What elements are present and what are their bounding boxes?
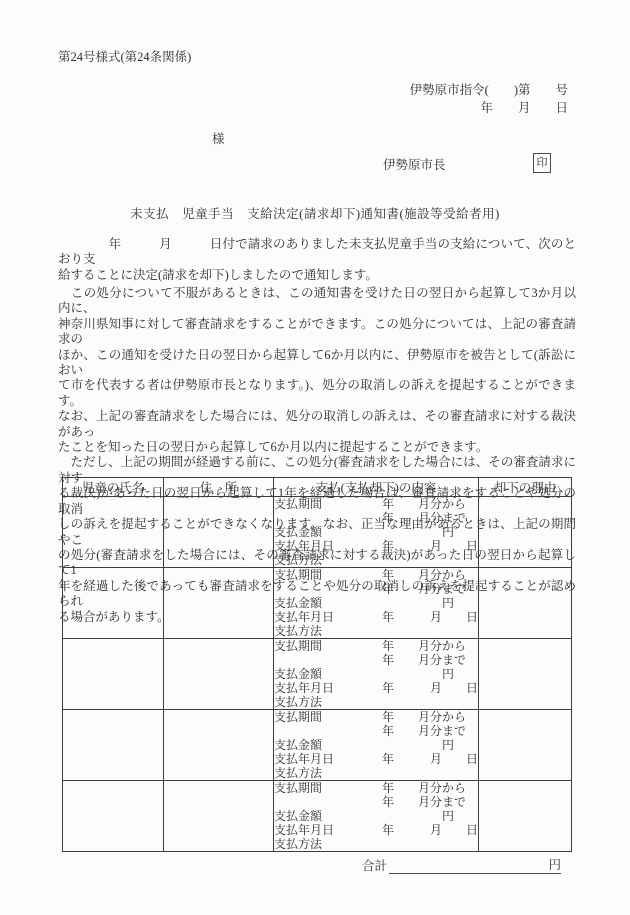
payment-table-row: 支払期間 年 月分から 年 月分まで 支払金額 円 支払年月日 年 月 日 支払… xyxy=(63,639,572,710)
payment-table-body: 支払期間 年 月分から 年 月分まで 支払金額 円 支払年月日 年 月 日 支払… xyxy=(63,497,572,852)
cell-child-name xyxy=(63,781,164,852)
cell-rejection-reason xyxy=(479,639,572,710)
addressee-suffix: 様 xyxy=(212,129,225,147)
cell-payment-content: 支払期間 年 月分から 年 月分まで 支払金額 円 支払年月日 年 月 日 支払… xyxy=(274,781,479,852)
total-label: 合計 xyxy=(362,856,389,874)
payment-table-row: 支払期間 年 月分から 年 月分まで 支払金額 円 支払年月日 年 月 日 支払… xyxy=(63,781,572,852)
issue-date-line: 年 月 日 xyxy=(410,100,568,118)
cell-child-name xyxy=(63,639,164,710)
cell-child-name xyxy=(63,497,164,568)
cell-rejection-reason xyxy=(479,568,572,639)
cell-address xyxy=(164,710,274,781)
appeal-rights-paragraph: この処分について不服があるときは、この通知書を受けた日の翌日から起算して3か月以… xyxy=(58,286,576,455)
cell-address xyxy=(164,639,274,710)
cell-rejection-reason xyxy=(479,781,572,852)
document-title: 未支払 児童手当 支給決定(請求却下)通知書(施設等受給者用) xyxy=(58,204,572,222)
payment-table-row: 支払期間 年 月分から 年 月分まで 支払金額 円 支払年月日 年 月 日 支払… xyxy=(63,568,572,639)
cell-payment-content: 支払期間 年 月分から 年 月分まで 支払金額 円 支払年月日 年 月 日 支払… xyxy=(274,497,479,568)
form-number: 第24号様式(第24条関係) xyxy=(58,47,191,65)
document-number-block: 伊勢原市指令( )第 号 年 月 日 xyxy=(410,82,568,117)
header-address: 住 所 xyxy=(164,478,274,497)
payment-table-row: 支払期間 年 月分から 年 月分まで 支払金額 円 支払年月日 年 月 日 支払… xyxy=(63,710,572,781)
cell-address xyxy=(164,497,274,568)
total-unit: 円 xyxy=(549,855,562,873)
cell-payment-content: 支払期間 年 月分から 年 月分まで 支払金額 円 支払年月日 年 月 日 支払… xyxy=(274,639,479,710)
header-payment-content: 支払(支払却下)の内容 xyxy=(274,478,479,497)
directive-number-line: 伊勢原市指令( )第 号 xyxy=(410,82,568,100)
cell-child-name xyxy=(63,568,164,639)
document-page: 第24号様式(第24条関係) 伊勢原市指令( )第 号 年 月 日 様 伊勢原市… xyxy=(0,0,630,915)
header-rejection-reason: 却下の理由 xyxy=(479,478,572,497)
cell-address xyxy=(164,781,274,852)
total-amount-blank: 円 xyxy=(389,855,561,874)
cell-rejection-reason xyxy=(479,497,572,568)
payment-table: 児童の氏名 住 所 支払(支払却下)の内容 却下の理由 支払期間 年 月分から … xyxy=(62,477,572,852)
payment-table-row: 支払期間 年 月分から 年 月分まで 支払金額 円 支払年月日 年 月 日 支払… xyxy=(63,497,572,568)
issuer-name: 伊勢原市長 xyxy=(383,155,446,173)
cell-payment-content: 支払期間 年 月分から 年 月分まで 支払金額 円 支払年月日 年 月 日 支払… xyxy=(274,568,479,639)
cell-address xyxy=(164,568,274,639)
payment-table-header-row: 児童の氏名 住 所 支払(支払却下)の内容 却下の理由 xyxy=(63,478,572,497)
cell-rejection-reason xyxy=(479,710,572,781)
intro-paragraph: 年 月 日付で請求のありました未支払児童手当の支給について、次のとおり支 給する… xyxy=(58,237,576,283)
seal-placeholder: 印 xyxy=(533,153,551,173)
header-child-name: 児童の氏名 xyxy=(63,478,164,497)
total-row: 合計 円 xyxy=(362,855,561,874)
cell-child-name xyxy=(63,710,164,781)
cell-payment-content: 支払期間 年 月分から 年 月分まで 支払金額 円 支払年月日 年 月 日 支払… xyxy=(274,710,479,781)
